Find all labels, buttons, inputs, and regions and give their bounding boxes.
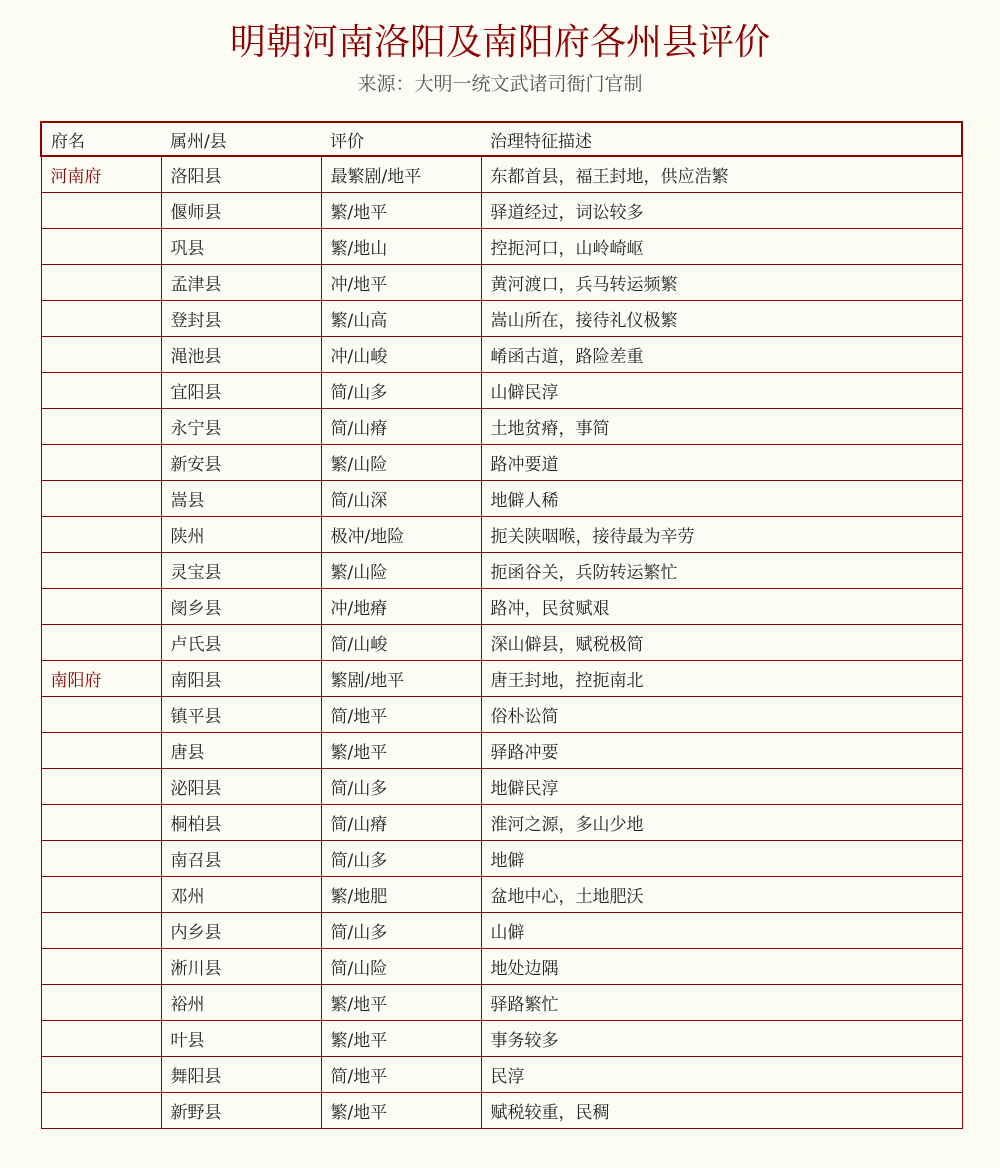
cell-description: 驿道经过，词讼较多: [481, 193, 962, 229]
table-row: 阌乡县冲/地瘠路冲，民贫赋艰: [41, 589, 962, 625]
cell-description: 崤函古道，路险差重: [481, 337, 962, 373]
cell-prefecture: [41, 445, 161, 481]
cell-description: 民淳: [481, 1057, 962, 1093]
cell-county: 内乡县: [161, 913, 321, 949]
column-header-rating: 评价: [321, 122, 481, 156]
cell-description: 土地贫瘠，事简: [481, 409, 962, 445]
table-row: 登封县繁/山高嵩山所在，接待礼仪极繁: [41, 301, 962, 337]
table-row: 陕州极冲/地险扼关陕咽喉，接待最为辛劳: [41, 517, 962, 553]
table-row: 偃师县繁/地平驿道经过，词讼较多: [41, 193, 962, 229]
cell-prefecture: [41, 625, 161, 661]
cell-description: 驿路繁忙: [481, 985, 962, 1021]
table-row: 南召县简/山多地僻: [41, 841, 962, 877]
cell-county: 南阳县: [161, 661, 321, 697]
cell-prefecture: [41, 409, 161, 445]
cell-rating: 简/地平: [321, 697, 481, 733]
cell-prefecture: [41, 1057, 161, 1093]
cell-prefecture: [41, 301, 161, 337]
cell-rating: 极冲/地险: [321, 517, 481, 553]
county-evaluation-table: 府名 属州/县 评价 治理特征描述 河南府洛阳县最繁剧/地平东都首县，福王封地，…: [40, 121, 963, 1129]
cell-rating: 简/山瘠: [321, 409, 481, 445]
cell-county: 永宁县: [161, 409, 321, 445]
cell-description: 嵩山所在，接待礼仪极繁: [481, 301, 962, 337]
cell-county: 巩县: [161, 229, 321, 265]
cell-description: 深山僻县，赋税极简: [481, 625, 962, 661]
cell-description: 唐王封地，控扼南北: [481, 661, 962, 697]
cell-prefecture: [41, 589, 161, 625]
cell-description: 路冲要道: [481, 445, 962, 481]
table-row: 卢氏县简/山峻深山僻县，赋税极简: [41, 625, 962, 661]
table-row: 叶县繁/地平事务较多: [41, 1021, 962, 1057]
cell-rating: 繁/地平: [321, 193, 481, 229]
cell-description: 控扼河口，山岭崎岖: [481, 229, 962, 265]
cell-description: 地僻民淳: [481, 769, 962, 805]
cell-prefecture: [41, 229, 161, 265]
table-row: 嵩县简/山深地僻人稀: [41, 481, 962, 517]
cell-county: 渑池县: [161, 337, 321, 373]
cell-county: 新安县: [161, 445, 321, 481]
cell-prefecture: 河南府: [41, 156, 161, 193]
cell-prefecture: [41, 193, 161, 229]
column-header-county: 属州/县: [161, 122, 321, 156]
cell-county: 嵩县: [161, 481, 321, 517]
cell-description: 黄河渡口，兵马转运频繁: [481, 265, 962, 301]
cell-prefecture: [41, 805, 161, 841]
cell-prefecture: [41, 913, 161, 949]
cell-description: 路冲，民贫赋艰: [481, 589, 962, 625]
cell-rating: 最繁剧/地平: [321, 156, 481, 193]
cell-county: 登封县: [161, 301, 321, 337]
table-row: 淅川县简/山险地处边隅: [41, 949, 962, 985]
cell-rating: 简/山多: [321, 373, 481, 409]
table-row: 唐县繁/地平驿路冲要: [41, 733, 962, 769]
cell-county: 偃师县: [161, 193, 321, 229]
cell-prefecture: [41, 553, 161, 589]
cell-prefecture: [41, 517, 161, 553]
table-row: 南阳府南阳县繁剧/地平唐王封地，控扼南北: [41, 661, 962, 697]
cell-prefecture: [41, 877, 161, 913]
cell-county: 宜阳县: [161, 373, 321, 409]
cell-prefecture: [41, 337, 161, 373]
cell-rating: 简/山深: [321, 481, 481, 517]
cell-rating: 繁剧/地平: [321, 661, 481, 697]
cell-county: 镇平县: [161, 697, 321, 733]
cell-rating: 繁/地平: [321, 985, 481, 1021]
table-row: 宜阳县简/山多山僻民淳: [41, 373, 962, 409]
cell-rating: 简/山多: [321, 769, 481, 805]
cell-rating: 繁/地山: [321, 229, 481, 265]
cell-county: 孟津县: [161, 265, 321, 301]
table-row: 巩县繁/地山控扼河口，山岭崎岖: [41, 229, 962, 265]
cell-description: 淮河之源，多山少地: [481, 805, 962, 841]
cell-county: 舞阳县: [161, 1057, 321, 1093]
table-row: 永宁县简/山瘠土地贫瘠，事简: [41, 409, 962, 445]
cell-prefecture: [41, 733, 161, 769]
cell-description: 盆地中心，土地肥沃: [481, 877, 962, 913]
table-header: 府名 属州/县 评价 治理特征描述: [41, 122, 962, 156]
cell-rating: 繁/地平: [321, 1093, 481, 1129]
cell-county: 陕州: [161, 517, 321, 553]
cell-description: 赋税较重，民稠: [481, 1093, 962, 1129]
cell-rating: 繁/地肥: [321, 877, 481, 913]
table-row: 桐柏县简/山瘠淮河之源，多山少地: [41, 805, 962, 841]
cell-rating: 繁/地平: [321, 1021, 481, 1057]
cell-county: 邓州: [161, 877, 321, 913]
header-row: 府名 属州/县 评价 治理特征描述: [41, 122, 962, 156]
column-header-description: 治理特征描述: [481, 122, 962, 156]
cell-prefecture: 南阳府: [41, 661, 161, 697]
cell-description: 地僻人稀: [481, 481, 962, 517]
cell-rating: 简/地平: [321, 1057, 481, 1093]
table-row: 新野县繁/地平赋税较重，民稠: [41, 1093, 962, 1129]
cell-prefecture: [41, 1093, 161, 1129]
cell-prefecture: [41, 481, 161, 517]
cell-rating: 简/山瘠: [321, 805, 481, 841]
cell-prefecture: [41, 841, 161, 877]
page-title: 明朝河南洛阳及南阳府各州县评价: [0, 18, 1000, 68]
cell-rating: 简/山多: [321, 841, 481, 877]
cell-county: 桐柏县: [161, 805, 321, 841]
table-row: 舞阳县简/地平民淳: [41, 1057, 962, 1093]
cell-description: 事务较多: [481, 1021, 962, 1057]
column-header-prefecture: 府名: [41, 122, 161, 156]
cell-description: 山僻: [481, 913, 962, 949]
cell-prefecture: [41, 949, 161, 985]
cell-rating: 冲/地平: [321, 265, 481, 301]
cell-county: 泌阳县: [161, 769, 321, 805]
table-row: 新安县繁/山险路冲要道: [41, 445, 962, 481]
cell-rating: 繁/地平: [321, 733, 481, 769]
cell-county: 洛阳县: [161, 156, 321, 193]
cell-county: 南召县: [161, 841, 321, 877]
cell-prefecture: [41, 265, 161, 301]
cell-description: 东都首县，福王封地，供应浩繁: [481, 156, 962, 193]
page-subtitle-source: 来源：大明一统文武诸司衙门官制: [0, 70, 1000, 98]
cell-prefecture: [41, 373, 161, 409]
cell-county: 唐县: [161, 733, 321, 769]
cell-prefecture: [41, 769, 161, 805]
table-row: 内乡县简/山多山僻: [41, 913, 962, 949]
table-row: 孟津县冲/地平黄河渡口，兵马转运频繁: [41, 265, 962, 301]
cell-county: 淅川县: [161, 949, 321, 985]
cell-rating: 简/山多: [321, 913, 481, 949]
cell-county: 阌乡县: [161, 589, 321, 625]
table-row: 邓州繁/地肥盆地中心，土地肥沃: [41, 877, 962, 913]
cell-prefecture: [41, 1021, 161, 1057]
cell-description: 山僻民淳: [481, 373, 962, 409]
cell-rating: 简/山峻: [321, 625, 481, 661]
cell-description: 驿路冲要: [481, 733, 962, 769]
cell-prefecture: [41, 697, 161, 733]
cell-prefecture: [41, 985, 161, 1021]
cell-description: 地处边隅: [481, 949, 962, 985]
table-body: 河南府洛阳县最繁剧/地平东都首县，福王封地，供应浩繁偃师县繁/地平驿道经过，词讼…: [41, 156, 962, 1129]
table-row: 镇平县简/地平俗朴讼简: [41, 697, 962, 733]
cell-county: 叶县: [161, 1021, 321, 1057]
cell-rating: 繁/山险: [321, 445, 481, 481]
cell-county: 裕州: [161, 985, 321, 1021]
table-row: 灵宝县繁/山险扼函谷关，兵防转运繁忙: [41, 553, 962, 589]
table-row: 泌阳县简/山多地僻民淳: [41, 769, 962, 805]
table-row: 裕州繁/地平驿路繁忙: [41, 985, 962, 1021]
table-row: 渑池县冲/山峻崤函古道，路险差重: [41, 337, 962, 373]
cell-rating: 冲/山峻: [321, 337, 481, 373]
cell-rating: 繁/山险: [321, 553, 481, 589]
cell-description: 扼函谷关，兵防转运繁忙: [481, 553, 962, 589]
cell-description: 地僻: [481, 841, 962, 877]
cell-rating: 冲/地瘠: [321, 589, 481, 625]
table-row: 河南府洛阳县最繁剧/地平东都首县，福王封地，供应浩繁: [41, 156, 962, 193]
cell-county: 灵宝县: [161, 553, 321, 589]
cell-rating: 简/山险: [321, 949, 481, 985]
cell-description: 扼关陕咽喉，接待最为辛劳: [481, 517, 962, 553]
cell-county: 卢氏县: [161, 625, 321, 661]
cell-description: 俗朴讼简: [481, 697, 962, 733]
cell-county: 新野县: [161, 1093, 321, 1129]
cell-rating: 繁/山高: [321, 301, 481, 337]
